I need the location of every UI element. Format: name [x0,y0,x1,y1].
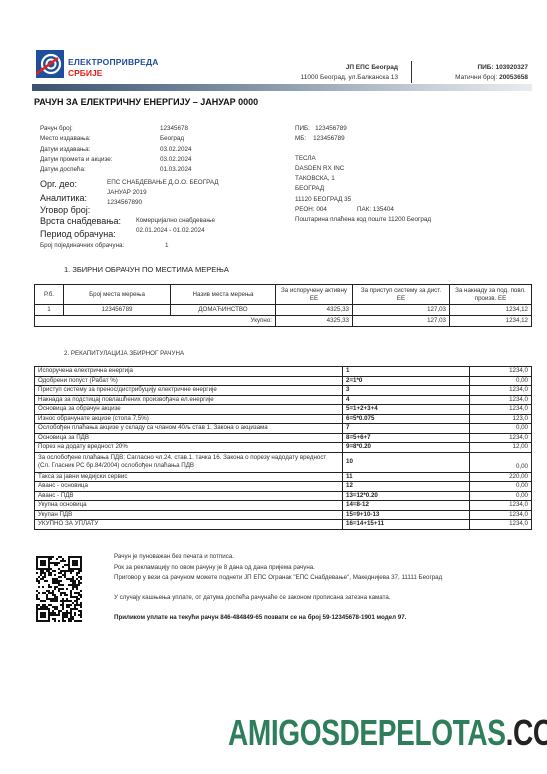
customer-pak: ПАК: 135404 [357,206,394,213]
recap-amount: 0,00 [470,424,532,434]
column-header: За накнаду за под. повл. произв. ЕЕ [450,285,532,305]
info-value: 03.02.2024 [160,155,192,165]
customer-line: БЕОГРАД [295,184,431,194]
footer-complaint-address: Приговор у вези са рачуном можете поднет… [114,574,442,581]
recap-formula: 12 [343,482,470,492]
billing-period-value: 02.01.2024 - 01.02.2024 [136,227,205,234]
watermark-main: AMIGOSDEPELOTAS [228,712,506,753]
customer-pib: ПИБ: 123456789 [295,124,431,134]
customer-line: DASDEN RX INC [295,164,431,174]
info-label: Датум издавања: [40,145,113,155]
footer-complaint-deadline: Рок за рекламацију по овом рачуну је 8 д… [114,564,315,571]
header-divider [411,61,412,83]
recap-formula: 4 [343,395,470,405]
table-row: Ослобођен плаћања акцизе у складу са чла… [35,424,532,434]
contract-label: Уговор број: [40,205,90,215]
total-access: 127,03 [353,316,450,327]
recap-formula: 6=5*0.075 [343,414,470,424]
table-row: УКУПНО ЗА УПЛАТУ16=14+15+111234,0 [35,520,532,530]
recap-amount: 12,00 [470,443,532,453]
info-value: 03.02.2024 [160,145,192,155]
total-label: Укупно: [35,316,276,327]
issuer-address: 11000 Београд, ул.Балканска 13 [301,74,398,81]
customer-line: ТЕСЛА [295,154,431,164]
table-row: Такса за јавни медијски сервис11220,00 [35,472,532,482]
qr-code-icon [36,556,82,622]
issuer-pib-value: 103920327 [495,64,528,71]
table-row: Порез на додату вредност 20%9=8*0.2012,0… [35,443,532,453]
recap-formula: 16=14+15+11 [343,520,470,530]
recap-amount: 220,00 [470,472,532,482]
recap-description: Аванс - ПДВ [35,491,343,501]
count-value: 1 [165,242,169,249]
column-header: Назив места мерења [171,285,276,305]
recap-formula: 14=8-12 [343,501,470,511]
recap-formula: 11 [343,472,470,482]
table-total-row: Укупно: 4325,33 127,03 1234,12 [35,316,532,327]
recap-description: Основица за обрачун акцизе [35,405,343,415]
issuer-info: ЈП ЕПС Београд 11000 Београд, ул.Балканс… [280,63,398,83]
recap-description: Основица за ПДВ [35,433,343,443]
recap-amount: 123,0 [470,414,532,424]
recap-description: Укупан ПДВ [35,510,343,520]
recap-description: Укупна основица [35,501,343,511]
recap-description: Износ обрачунате акцизе (стопа 7,5%) [35,414,343,424]
recap-formula: 1 [343,367,470,377]
recap-formula: 13=12*0.20 [343,491,470,501]
customer-postage: Поштарина плаћена код поште 11200 Београ… [295,215,431,225]
table-row: Приступ систему за пренос/дистрибуцију е… [35,386,532,396]
customer-line: ТАКОВСКА, 1 [295,174,431,184]
issuer-name: ЈП ЕПС Београд [346,64,398,71]
total-active-energy: 4325,33 [276,316,353,327]
contract-value: 1234567890 [107,199,142,206]
table-row: Испоручена електрична енергија11234,0 [35,367,532,377]
issuer-ids: ПИБ: 103920327 Матични број: 20053658 [415,63,528,83]
footer-validity: Рачун је пуноважан без печата и потписа. [114,553,234,560]
customer-line: 11120 БЕОГРАД 35 [295,195,431,205]
info-value: Београд [160,134,192,144]
recap-formula: 8=5+6+7 [343,433,470,443]
table-row: За ослобођене плаћања ПДВ: Сагласно чл.2… [35,452,532,472]
table-row: Укупан ПДВ15=9+10-131234,0 [35,510,532,520]
recap-table: Испоручена електрична енергија11234,0Одо… [34,366,532,530]
cell-access: 127,03 [353,305,450,316]
info-label: Датум промета и акцизе: [40,155,113,165]
recap-amount: 1234,0 [470,386,532,396]
recap-description: Испоручена електрична енергија [35,367,343,377]
cell-rb: 1 [35,305,64,316]
info-value: 12345678 [160,124,192,134]
invoice-title: РАЧУН ЗА ЕЛЕКТРИЧНУ ЕНЕРГИЈУ – ЈАНУАР 00… [34,97,258,107]
customer-region: РЕОН: 004 [295,205,357,215]
info-label: Место издавања: [40,134,113,144]
cell-meter-number: 123456789 [64,305,171,316]
recap-amount: 1234,0 [470,433,532,443]
recap-formula: 2=1*0 [343,376,470,386]
table-row: Укупна основица14=8-121234,0 [35,501,532,511]
recap-amount: 0,00 [470,452,532,472]
info-value: 01.03.2024 [160,165,192,175]
table-header-row: Р.б. Број места мерења Назив места мерењ… [35,285,532,305]
recap-amount: 1234,0 [470,367,532,377]
section2-title: 2. РЕКАПИТУЛАЦИЈА ЗБИРНОГ РАЧУНА [64,350,184,357]
recap-description: УКУПНО ЗА УПЛАТУ [35,520,343,530]
invoice-info-labels: Рачун број: Место издавања: Датум издава… [40,124,113,175]
eps-logo [36,50,64,78]
total-incentive: 1234,12 [450,316,532,327]
recap-description: Одобрени попуст (Рабат %) [35,376,343,386]
table-row: Аванс - основица120,00 [35,482,532,492]
analytics-value: ЈАНУАР 2019 [107,189,147,196]
customer-mb: МБ: 123456789 [295,134,431,144]
recap-formula: 7 [343,424,470,434]
analytics-label: Аналитика: [40,193,87,203]
supply-type-label: Врста снабдевања: [40,216,121,226]
cell-incentive: 1234,12 [450,305,532,316]
recap-amount: 1234,0 [470,405,532,415]
issuer-pib-label: ПИБ: [477,64,493,71]
column-header: Број места мерења [64,285,171,305]
brand-country: СРБИЈЕ [68,68,102,78]
recap-amount: 0,00 [470,482,532,492]
column-header: За приступ систему за дист. ЕЕ [353,285,450,305]
recap-formula: 5=1+2+3+4 [343,405,470,415]
table-row: Основица за ПДВ8=5+6+71234,0 [35,433,532,443]
org-value: ЕПС СНАБДЕВАЊЕ Д.О.О. БЕОГРАД [107,179,219,186]
recap-amount: 1234,0 [470,501,532,511]
brand-name: ЕЛЕКТРОПРИВРЕДА [68,57,159,67]
org-label: Орг. део: [40,179,77,189]
billing-period-label: Период обрачуна: [40,229,116,239]
watermark: AMIGOSDEPELOTAS.COM [228,712,547,754]
metering-summary-table: Р.б. Број места мерења Назив места мерењ… [34,284,532,327]
eps-logo-icon [36,50,64,78]
recap-description: Такса за јавни медијски сервис [35,472,343,482]
footer-late-interest: У случају кашњења уплате, от датума досп… [114,594,391,601]
customer-info: ПИБ: 123456789 МБ: 123456789 ТЕСЛА DASDE… [295,124,431,226]
table-row: Одобрени попуст (Рабат %)2=1*00,00 [35,376,532,386]
recap-formula: 3 [343,386,470,396]
issuer-mb-value: 20053658 [499,74,528,81]
recap-description: За ослобођене плаћања ПДВ: Сагласно чл.2… [35,452,343,472]
recap-amount: 1234,0 [470,520,532,530]
supply-type-value: Комерцијално снабдевање [136,217,215,224]
column-header: Р.б. [35,285,64,305]
header-gradient-bar [32,84,532,91]
qr-code [36,556,82,622]
recap-formula: 10 [343,452,470,472]
recap-amount: 0,00 [470,491,532,501]
table-row: 1 123456789 ДОМАЋИНСТВО 4325,33 127,03 1… [35,305,532,316]
recap-formula: 9=8*0.20 [343,443,470,453]
table-row: Накнада за подстицај повлашћених произво… [35,395,532,405]
column-header: За испоручену активну ЕЕ [276,285,353,305]
recap-description: Порез на додату вредност 20% [35,443,343,453]
recap-description: Накнада за подстицај повлашћених произво… [35,395,343,405]
recap-amount: 1234,0 [470,395,532,405]
issuer-mb-label: Матични број: [455,74,497,81]
recap-description: Аванс - основица [35,482,343,492]
recap-description: Приступ систему за пренос/дистрибуцију е… [35,386,343,396]
watermark-suffix: .COM [506,712,547,753]
recap-amount: 0,00 [470,376,532,386]
cell-meter-name: ДОМАЋИНСТВО [171,305,276,316]
info-label: Рачун број: [40,124,113,134]
recap-formula: 15=9+10-13 [343,510,470,520]
info-label: Датум доспећа: [40,165,113,175]
table-row: Основица за обрачун акцизе5=1+2+3+41234,… [35,405,532,415]
cell-active-energy: 4325,33 [276,305,353,316]
invoice-info-values: 12345678 Београд 03.02.2024 03.02.2024 0… [160,124,192,175]
recap-amount: 1234,0 [470,510,532,520]
count-label: Број појединачних обрачуна: [40,242,124,249]
section1-title: 1. ЗБИРНИ ОБРАЧУН ПО МЕСТИМА МЕРЕЊА [64,265,229,274]
table-row: Аванс - ПДВ13=12*0.200,00 [35,491,532,501]
table-row: Износ обрачунате акцизе (стопа 7,5%)6=5*… [35,414,532,424]
recap-description: Ослобођен плаћања акцизе у складу са чла… [35,424,343,434]
footer-payment-instructions: Приликом уплате на текући рачун 846-4848… [114,614,406,621]
